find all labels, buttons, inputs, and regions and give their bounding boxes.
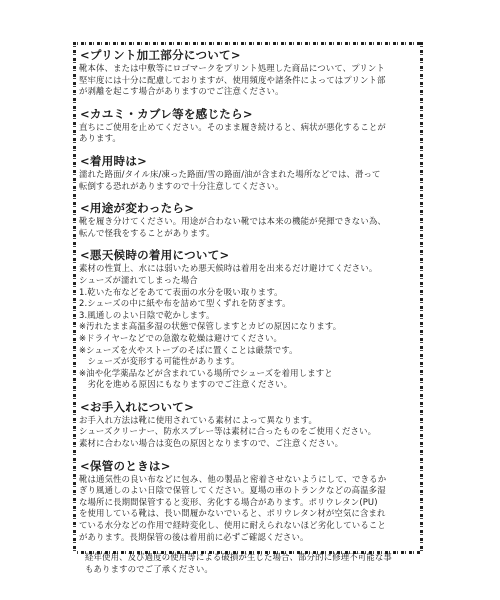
numbered-step: 2.シューズの中に紙や布を詰めて型くずれを防ぎます。 bbox=[79, 298, 417, 310]
section-heading: <お手入れについて> bbox=[80, 400, 417, 415]
care-instructions-card: <プリント加工部分について> 靴本体、または中敷等にロゴマークをプリント処理した… bbox=[73, 42, 423, 554]
body-line: シューズクリーナー、防水スプレー等は素材に合ったものをご使用ください。 bbox=[79, 426, 417, 438]
section-storage: <保管のときは> 靴は通気性の良い布などに包み、他の製品と密着させないようにして… bbox=[79, 459, 417, 544]
body-line: 濡れた路面/タイル床/凍った路面/雪の路面/油が含まれた場所などでは、滑って bbox=[79, 169, 417, 181]
section-heading: <用途が変わったら> bbox=[80, 201, 417, 216]
dashed-border-top bbox=[73, 42, 423, 45]
section-change-of-use: <用途が変わったら> 靴を履き分けてください。用途が合わない靴では本来の機能が発… bbox=[79, 201, 417, 239]
numbered-step: 1.乾いた布などをあてて表面の水分を吸い取ります。 bbox=[79, 287, 417, 299]
section-print-processing: <プリント加工部分について> 靴本体、または中敷等にロゴマークをプリント処理した… bbox=[79, 48, 417, 98]
note-line: ※ドライヤーなどでの急激な乾燥は避けてください。 bbox=[79, 333, 417, 345]
body-line: 靴を履き分けてください。用途が合わない靴では本来の機能が発揮できない為、 bbox=[79, 216, 417, 228]
numbered-step: 3.風通しのよい日陰で乾かします。 bbox=[79, 310, 417, 322]
note-line: ※汚れたまま高温多湿の状態で保管しますとカビの原因になります。 bbox=[79, 321, 417, 333]
section-heading: <着用時は> bbox=[80, 154, 417, 169]
section-itching-rash: <カユミ・カブレ等を感じたら> 直ちにご使用を止めてください。そのまま履き続ける… bbox=[79, 107, 417, 145]
body-line: 靴本体、または中敷等にロゴマークをプリント処理した商品について、プリント bbox=[79, 63, 417, 75]
body-line: があります。長期保管の後は着用前に必ずご確認ください。 bbox=[79, 532, 417, 544]
section-heading: <カユミ・カブレ等を感じたら> bbox=[80, 107, 417, 122]
dashed-border-right bbox=[420, 42, 423, 554]
body-line: あります。 bbox=[79, 133, 417, 145]
body-line: 転んで怪我をすることがあります。 bbox=[79, 228, 417, 240]
body-line: 素材の性質上、水には弱いため悪天候時は着用を出来るだけ避けてください。 bbox=[79, 263, 417, 275]
note-line: ※油や化学薬品などが含まれている場所でシューズを着用しますと bbox=[79, 368, 417, 380]
body-line: もありますのでご了承ください。 bbox=[85, 564, 417, 576]
body-line: お手入れ方法は靴に使用されている素材によって異なります。 bbox=[79, 415, 417, 427]
section-heading: <保管のときは> bbox=[80, 459, 417, 474]
note-line: 劣化を進める原因にもなりますのでご注意ください。 bbox=[79, 379, 417, 391]
body-line: な場所に長期間保管すると変形、劣化する場合があります。ポリウレタン(PU) bbox=[79, 497, 417, 509]
body-line: ぎり風通しのよい日陰で保管してください。夏場の車のトランクなどの高温多湿 bbox=[79, 485, 417, 497]
body-line: 直ちにご使用を止めてください。そのまま履き続けると、病状が悪化することが bbox=[79, 122, 417, 134]
section-heading: <悪天候時の着用について> bbox=[80, 248, 417, 263]
body-line: 素材に合わない場合は変色の原因となりますので、ご注意ください。 bbox=[79, 438, 417, 450]
body-line: 靴は通気性の良い布などに包み、他の製品と密着させないようにして、できるか bbox=[79, 474, 417, 486]
section-heading: <プリント加工部分について> bbox=[80, 48, 417, 63]
body-line: 転倒する恐れがありますので十分注意してください。 bbox=[79, 181, 417, 193]
body-line: ている水分などの作用で経時変化し、使用に耐えられないほど劣化していること bbox=[79, 520, 417, 532]
body-line: シューズが濡れてしまった場合 bbox=[79, 275, 417, 287]
body-line: 経年使用、及び過度の使用等による破損が生じた場合、部分的に修理不可能な事 bbox=[85, 552, 417, 564]
note-line: シューズが変形する可能性があります。 bbox=[79, 356, 417, 368]
dashed-border-left bbox=[73, 42, 76, 554]
section-bad-weather: <悪天候時の着用について> 素材の性質上、水には弱いため悪天候時は着用を出来るだ… bbox=[79, 248, 417, 391]
closing-note: 経年使用、及び過度の使用等による破損が生じた場合、部分的に修理不可能な事 もあり… bbox=[79, 552, 417, 575]
body-line: を使用している靴は、長い間履かないでいると、ポリウレタン材が空気に含まれ bbox=[79, 508, 417, 520]
section-care: <お手入れについて> お手入れ方法は靴に使用されている素材によって異なります。 … bbox=[79, 400, 417, 450]
section-when-wearing: <着用時は> 濡れた路面/タイル床/凍った路面/雪の路面/油が含まれた場所などで… bbox=[79, 154, 417, 192]
body-line: が剥離を起こす場合がありますのでご注意ください。 bbox=[79, 86, 417, 98]
card-content: <プリント加工部分について> 靴本体、または中敷等にロゴマークをプリント処理した… bbox=[79, 48, 417, 575]
body-line: 堅牢度には十分に配慮しておりますが、使用頻度や諸条件によってはプリント部 bbox=[79, 75, 417, 87]
note-line: ※シューズを火やストーブのそばに置くことは厳禁です。 bbox=[79, 345, 417, 357]
